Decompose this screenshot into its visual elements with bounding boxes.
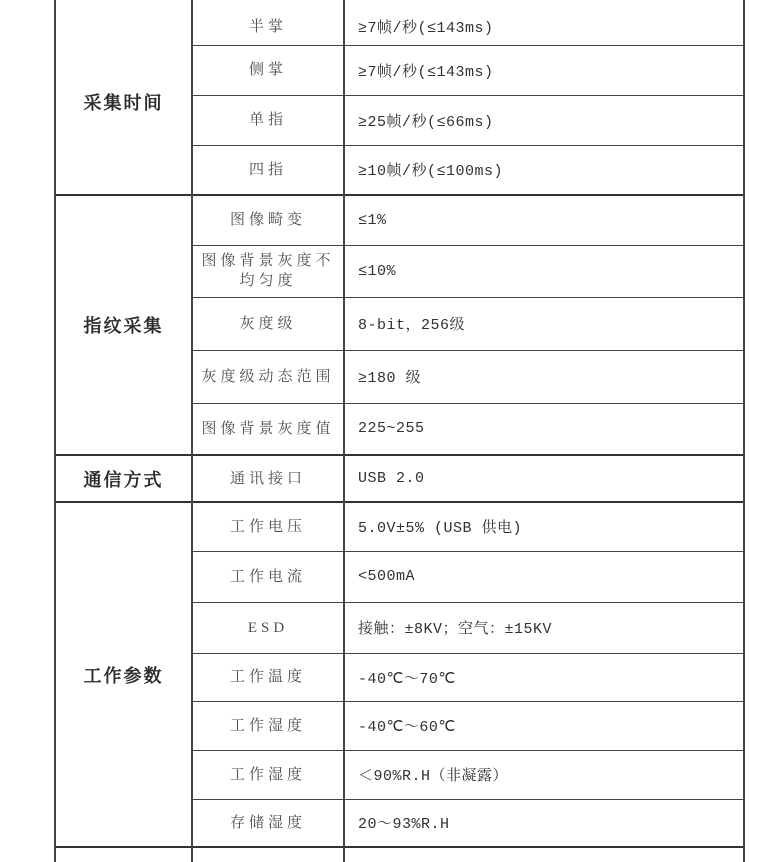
param-cell: ESD <box>192 602 344 653</box>
value-cell: ＜90%R.H（非凝露） <box>344 750 744 799</box>
param-cell: 工作湿度 <box>192 701 344 750</box>
table-row: 工作参数 工作电压 5.0V±5% (USB 供电) <box>55 502 744 551</box>
param-cell <box>192 847 344 862</box>
param-cell: 工作湿度 <box>192 750 344 799</box>
value-cell: USB 2.0 <box>344 455 744 502</box>
value-cell <box>344 847 744 862</box>
param-cell: 工作电流 <box>192 551 344 602</box>
table-row: 指纹采集 图像畸变 ≤1% <box>55 195 744 245</box>
param-cell: 通讯接口 <box>192 455 344 502</box>
category-cell: 通信方式 <box>55 455 192 502</box>
param-cell: 单指 <box>192 95 344 145</box>
table-row <box>55 847 744 862</box>
param-cell: 侧掌 <box>192 45 344 95</box>
value-cell: 225~255 <box>344 403 744 455</box>
spec-table: 采集时间 半掌 ≥7帧/秒(≤143ms) 侧掌 ≥7帧/秒(≤143ms) 单… <box>54 0 745 862</box>
document-page: 采集时间 半掌 ≥7帧/秒(≤143ms) 侧掌 ≥7帧/秒(≤143ms) 单… <box>0 0 759 862</box>
value-cell: ≥25帧/秒(≤66ms) <box>344 95 744 145</box>
category-cell <box>55 847 192 862</box>
value-cell: ≥180 级 <box>344 350 744 403</box>
param-cell: 灰度级动态范围 <box>192 350 344 403</box>
value-cell: 接触：±8KV；空气：±15KV <box>344 602 744 653</box>
value-cell: ≥7帧/秒(≤143ms) <box>344 45 744 95</box>
value-cell: -40℃～70℃ <box>344 653 744 701</box>
value-cell: 8-bit，256级 <box>344 297 744 350</box>
param-cell: 半掌 <box>192 0 344 45</box>
category-cell: 指纹采集 <box>55 195 192 455</box>
table-row: 通信方式 通讯接口 USB 2.0 <box>55 455 744 502</box>
param-cell: 工作温度 <box>192 653 344 701</box>
param-cell: 四指 <box>192 145 344 195</box>
category-cell: 工作参数 <box>55 502 192 847</box>
table-row: 采集时间 半掌 ≥7帧/秒(≤143ms) <box>55 0 744 45</box>
param-cell: 图像背景灰度不均匀度 <box>192 245 344 297</box>
param-cell: 灰度级 <box>192 297 344 350</box>
param-cell: 存储湿度 <box>192 799 344 847</box>
value-cell: -40℃～60℃ <box>344 701 744 750</box>
param-cell: 图像畸变 <box>192 195 344 245</box>
value-cell: 20～93%R.H <box>344 799 744 847</box>
category-cell: 采集时间 <box>55 0 192 195</box>
value-cell: ≥10帧/秒(≤100ms) <box>344 145 744 195</box>
param-cell: 工作电压 <box>192 502 344 551</box>
value-cell: 5.0V±5% (USB 供电) <box>344 502 744 551</box>
value-cell: <500mA <box>344 551 744 602</box>
value-cell: ≤10% <box>344 245 744 297</box>
param-cell: 图像背景灰度值 <box>192 403 344 455</box>
value-cell: ≤1% <box>344 195 744 245</box>
value-cell: ≥7帧/秒(≤143ms) <box>344 0 744 45</box>
